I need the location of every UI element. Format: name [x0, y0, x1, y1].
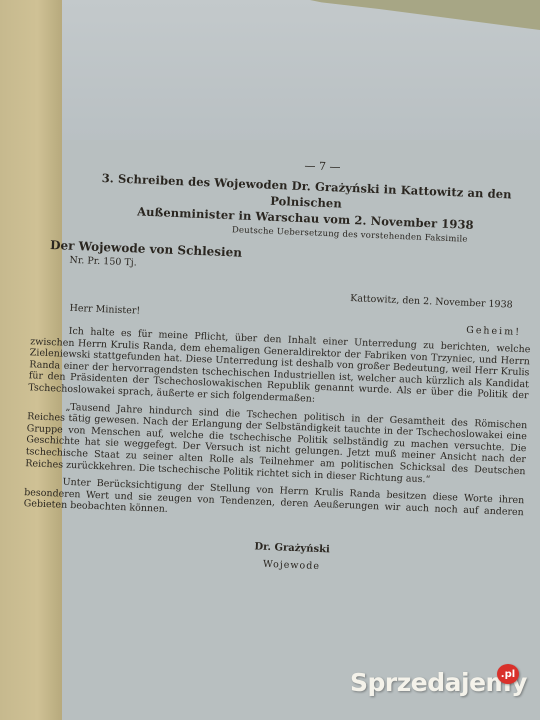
paragraph: Ich halte es für meine Pflicht, über den… [28, 324, 530, 414]
quote-paragraph: „Tausend Jahre hindurch sind die Tschech… [25, 400, 527, 490]
classification-mark: Geheim! [466, 325, 521, 338]
document-page: — 7 — 3. Schreiben des Wojewoden Dr. Gra… [0, 0, 540, 720]
salutation: Herr Minister! [69, 303, 140, 323]
place-date: Kattowitz, den 2. November 1938 [350, 293, 540, 312]
watermark-badge: .pl [497, 664, 519, 684]
document-content: — 7 — 3. Schreiben des Wojewoden Dr. Gra… [11, 148, 540, 580]
